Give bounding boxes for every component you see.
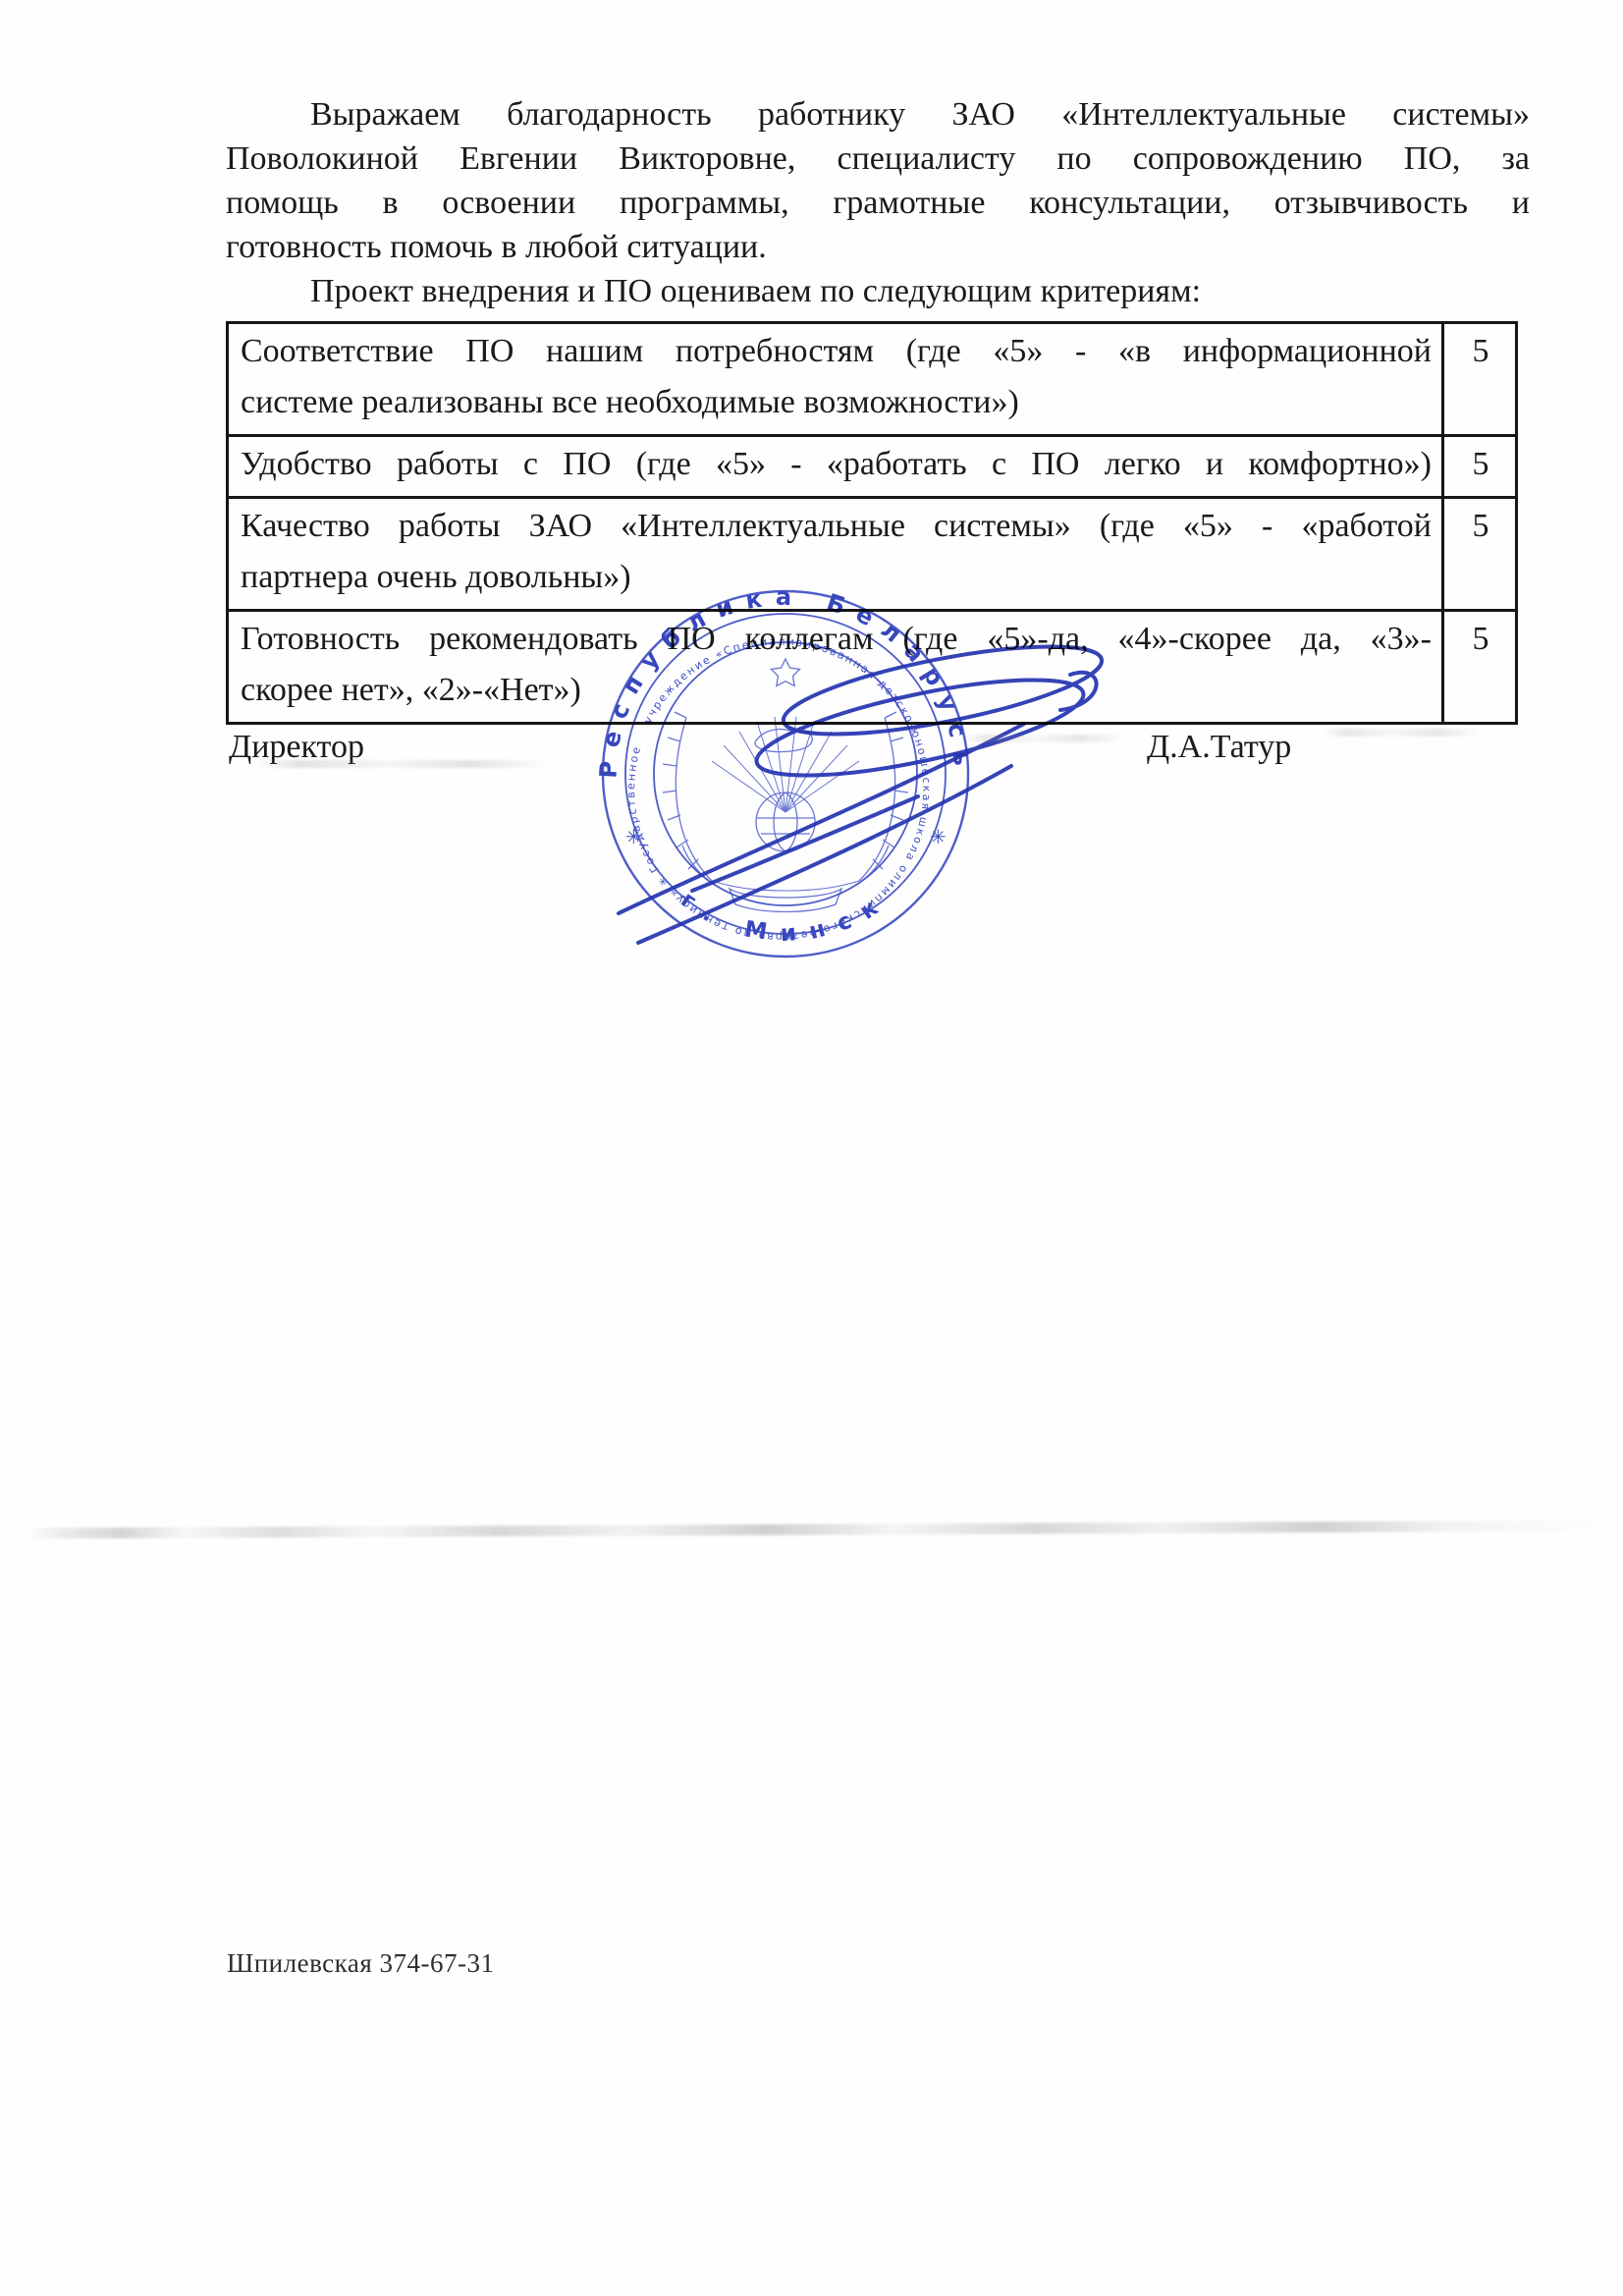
- paragraph-line: Поволокиной Евгении Викторовне, специали…: [226, 137, 1530, 181]
- criterion-line: Удобство работы с ПО (где «5» - «работат…: [241, 439, 1432, 490]
- table-row: Соответствие ПО нашим потребностям (где …: [228, 323, 1517, 436]
- signer-name: Д.А.Татур: [1147, 729, 1291, 766]
- criterion-cell: Соответствие ПО нашим потребностям (где …: [228, 323, 1443, 436]
- stamp-asterisk-left: ✳: [625, 825, 642, 848]
- scan-smudge: [257, 760, 552, 768]
- stamp-asterisk-right: ✳: [930, 825, 947, 848]
- scan-smudge: [1324, 729, 1481, 737]
- criterion-line: Соответствие ПО нашим потребностям (где …: [241, 326, 1432, 377]
- score-cell: 5: [1443, 323, 1517, 436]
- paragraph-line: помощь в освоении программы, грамотные к…: [226, 181, 1530, 225]
- executor-contact: Шпилевская 374-67-31: [227, 1948, 495, 1979]
- criterion-line: системе реализованы все необходимые возм…: [241, 377, 1432, 428]
- score-cell: 5: [1443, 436, 1517, 498]
- scan-smudge: [964, 735, 1126, 742]
- scanned-letter-page: Выражаем благодарность работнику ЗАО «Ин…: [0, 0, 1623, 2296]
- paragraph-line: готовность помочь в любой ситуации.: [226, 225, 1530, 269]
- criteria-intro: Проект внедрения и ПО оцениваем по следу…: [226, 269, 1530, 313]
- score-cell: 5: [1443, 611, 1517, 724]
- criterion-cell: Удобство работы с ПО (где «5» - «работат…: [228, 436, 1443, 498]
- paragraph-line: Выражаем благодарность работнику ЗАО «Ин…: [226, 92, 1530, 137]
- stamp-text: Республика Беларусь г. Минск учреждение …: [594, 583, 976, 948]
- scan-artifact-line: [27, 1520, 1602, 1539]
- score-cell: 5: [1443, 498, 1517, 611]
- letter-body: Выражаем благодарность работнику ЗАО «Ин…: [226, 92, 1530, 313]
- criterion-line: Качество работы ЗАО «Интеллектуальные си…: [241, 501, 1432, 552]
- table-row: Удобство работы с ПО (где «5» - «работат…: [228, 436, 1517, 498]
- official-stamp: Республика Беларусь г. Минск учреждение …: [565, 565, 1114, 977]
